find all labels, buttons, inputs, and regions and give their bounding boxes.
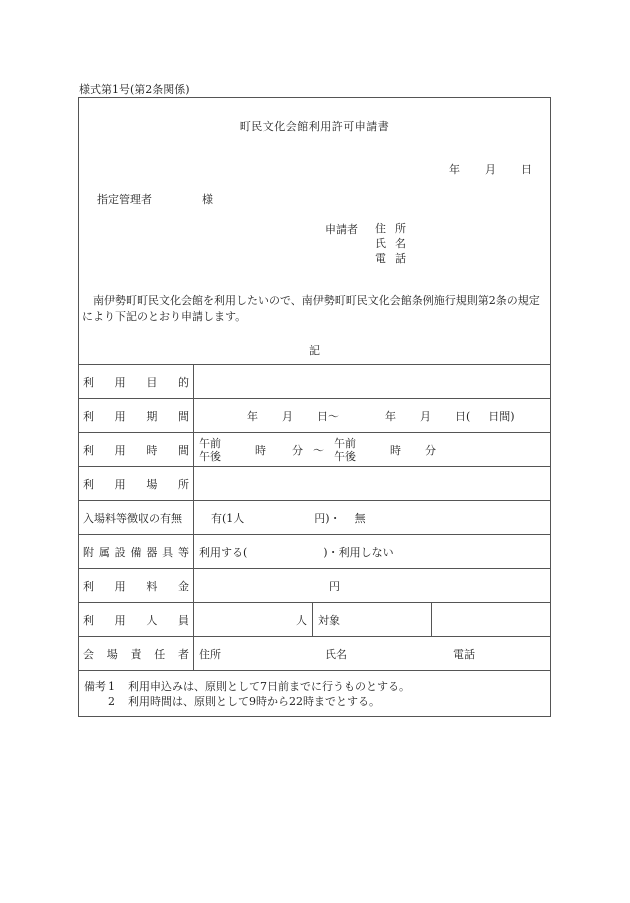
pm-option[interactable]: 午後 <box>199 450 221 463</box>
fee-yen: 円 <box>329 578 340 594</box>
row-people: 利用人員 人 対象 <box>79 603 551 637</box>
label-char: 設 <box>115 544 126 560</box>
manager-address-label: 住所 <box>199 646 221 662</box>
start-minute: 分 <box>292 442 303 458</box>
date-day[interactable]: 日 <box>496 161 532 177</box>
label-char: 所 <box>395 221 411 236</box>
day-count: 日間) <box>488 408 514 424</box>
label-char: 的 <box>178 374 189 390</box>
label-char: 用 <box>115 612 126 628</box>
label-char: 属 <box>99 544 110 560</box>
target-field[interactable] <box>432 603 551 637</box>
application-form: 町民文化会館利用許可申請書 年 月 日 指定管理者 様 申請者 住所 氏名 電話… <box>78 97 551 717</box>
admission-yen: 円)・ <box>314 510 340 526</box>
pm-option[interactable]: 午後 <box>334 450 356 463</box>
label-char: 象 <box>329 614 340 627</box>
note-item: 備考 1 利用申込みは、原則として7日前までに行うものとする。 <box>84 679 545 694</box>
note-item: 2 利用時間は、原則として9時から22時までとする。 <box>84 694 545 709</box>
label-char: 名 <box>395 236 411 251</box>
admission-no-option[interactable]: 無 <box>355 510 366 526</box>
applicant-label: 申請者 <box>325 221 375 266</box>
label-char: 用 <box>115 408 126 424</box>
time-field[interactable]: 午前午後 時 分 ～ 午前午後 時 分 <box>194 433 551 467</box>
row-venue: 利用場所 <box>79 467 551 501</box>
admission-field[interactable]: 有(1人 円)・ 無 <box>194 501 551 535</box>
note-number: 2 <box>108 694 128 709</box>
equipment-field[interactable]: 利用する( )・利用しない <box>194 535 551 569</box>
am-option[interactable]: 午前 <box>334 437 356 450</box>
start-ampm[interactable]: 午前午後 <box>199 437 221 463</box>
manager-label: 会場責任者 <box>79 637 194 671</box>
manager-field[interactable]: 住所 氏名 電話 <box>194 637 551 671</box>
admission-label: 入場料等徴収の有無 <box>79 501 194 535</box>
label-char: 利 <box>83 408 94 424</box>
application-statement: 南伊勢町町民文化会館を利用したいので、南伊勢町町民文化会館条例施行規則第2条の規… <box>82 293 542 325</box>
fee-field[interactable]: 円 <box>194 569 551 603</box>
notes-section: 備考 1 利用申込みは、原則として7日前までに行うものとする。 2 利用時間は、… <box>79 670 550 716</box>
end-year: 年 <box>385 408 396 424</box>
label-char: 住 <box>375 221 391 236</box>
end-hour: 時 <box>390 442 401 458</box>
admission-yes-option[interactable]: 有(1人 <box>211 510 244 526</box>
row-purpose: 利用目的 <box>79 365 551 399</box>
label-char: 間 <box>178 408 189 424</box>
ki-heading: 記 <box>79 342 550 358</box>
label-char: 任 <box>154 646 165 662</box>
note-text: 利用時間は、原則として9時から22時までとする。 <box>128 694 380 709</box>
label-char: 場 <box>107 646 118 662</box>
end-ampm[interactable]: 午前午後 <box>334 437 356 463</box>
label-char: 間 <box>178 442 189 458</box>
am-option[interactable]: 午前 <box>199 437 221 450</box>
row-manager: 会場責任者 住所 氏名 電話 <box>79 637 551 671</box>
note-number: 1 <box>108 679 128 694</box>
label-char: 氏 <box>375 236 391 251</box>
date-month[interactable]: 月 <box>460 161 496 177</box>
equipment-label: 附属設備器具等 <box>79 535 194 569</box>
addressee: 指定管理者 様 <box>97 191 213 207</box>
manager-phone-label: 電話 <box>453 646 475 662</box>
label-char: 金 <box>178 578 189 594</box>
start-month: 月 <box>282 408 293 424</box>
label-char: 用 <box>115 476 126 492</box>
end-month: 月 <box>420 408 431 424</box>
label-char: 話 <box>395 251 411 266</box>
end-day: 日( <box>455 408 470 424</box>
label-char: 附 <box>83 544 94 560</box>
equipment-use-option[interactable]: 利用する( <box>199 544 247 560</box>
label-char: 電 <box>375 251 391 266</box>
details-table: 利用目的 利用期間 年 月 日～ 年 月 日( 日間) 利用時間 午前午後 <box>78 364 551 671</box>
start-year: 年 <box>247 408 258 424</box>
period-field[interactable]: 年 月 日～ 年 月 日( 日間) <box>194 399 551 433</box>
date-year[interactable]: 年 <box>424 161 460 177</box>
label-char: 利 <box>83 578 94 594</box>
label-char: 会 <box>83 646 94 662</box>
target-label: 対象 <box>313 603 432 637</box>
end-minute: 分 <box>425 442 436 458</box>
fee-label: 利用料金 <box>79 569 194 603</box>
label-char: 目 <box>146 374 157 390</box>
row-admission: 入場料等徴収の有無 有(1人 円)・ 無 <box>79 501 551 535</box>
addressee-honorific: 様 <box>202 191 213 207</box>
applicant-block: 申請者 住所 氏名 電話 <box>325 221 411 266</box>
applicant-phone-field[interactable]: 電話 <box>375 251 411 266</box>
purpose-label: 利用目的 <box>79 365 194 399</box>
label-char: 器 <box>146 544 157 560</box>
label-char: 対 <box>318 614 329 627</box>
form-caption: 様式第1号(第2条関係) <box>79 81 190 97</box>
row-fee: 利用料金 円 <box>79 569 551 603</box>
label-char: 用 <box>115 374 126 390</box>
start-hour: 時 <box>255 442 266 458</box>
note-text: 利用申込みは、原則として7日前までに行うものとする。 <box>128 679 410 694</box>
label-char: 料 <box>146 578 157 594</box>
start-day: 日～ <box>317 408 339 424</box>
label-char: 員 <box>178 612 189 628</box>
applicant-address-field[interactable]: 住所 <box>375 221 411 236</box>
people-count-field[interactable]: 人 <box>194 603 313 637</box>
label-char: 人 <box>146 612 157 628</box>
row-equipment: 附属設備器具等 利用する( )・利用しない <box>79 535 551 569</box>
label-char: 所 <box>178 476 189 492</box>
label-char: 利 <box>83 612 94 628</box>
label-char: 者 <box>178 646 189 662</box>
people-label: 利用人員 <box>79 603 194 637</box>
tilde: ～ <box>313 442 324 458</box>
label-char: 等 <box>178 544 189 560</box>
label-char: 具 <box>162 544 173 560</box>
label-char: 備 <box>130 544 141 560</box>
label-char: 時 <box>146 442 157 458</box>
label-char: 利 <box>83 476 94 492</box>
people-unit: 人 <box>296 614 307 627</box>
label-char: 利 <box>83 442 94 458</box>
label-char: 期 <box>146 408 157 424</box>
label-char: 責 <box>131 646 142 662</box>
addressee-name: 指定管理者 <box>97 191 152 207</box>
applicant-name-field[interactable]: 氏名 <box>375 236 411 251</box>
time-label: 利用時間 <box>79 433 194 467</box>
period-label: 利用期間 <box>79 399 194 433</box>
label-char: 用 <box>115 578 126 594</box>
manager-name-label: 氏名 <box>325 646 347 662</box>
row-time: 利用時間 午前午後 時 分 ～ 午前午後 時 分 <box>79 433 551 467</box>
label-char: 場 <box>146 476 157 492</box>
row-period: 利用期間 年 月 日～ 年 月 日( 日間) <box>79 399 551 433</box>
purpose-field[interactable] <box>194 365 551 399</box>
label-char: 利 <box>83 374 94 390</box>
venue-label: 利用場所 <box>79 467 194 501</box>
notes-heading: 備考 <box>84 679 108 694</box>
venue-field[interactable] <box>194 467 551 501</box>
date-line: 年 月 日 <box>424 161 532 177</box>
form-title: 町民文化会館利用許可申請書 <box>79 118 550 134</box>
label-char: 用 <box>115 442 126 458</box>
equipment-no-use-option[interactable]: )・利用しない <box>323 544 393 560</box>
